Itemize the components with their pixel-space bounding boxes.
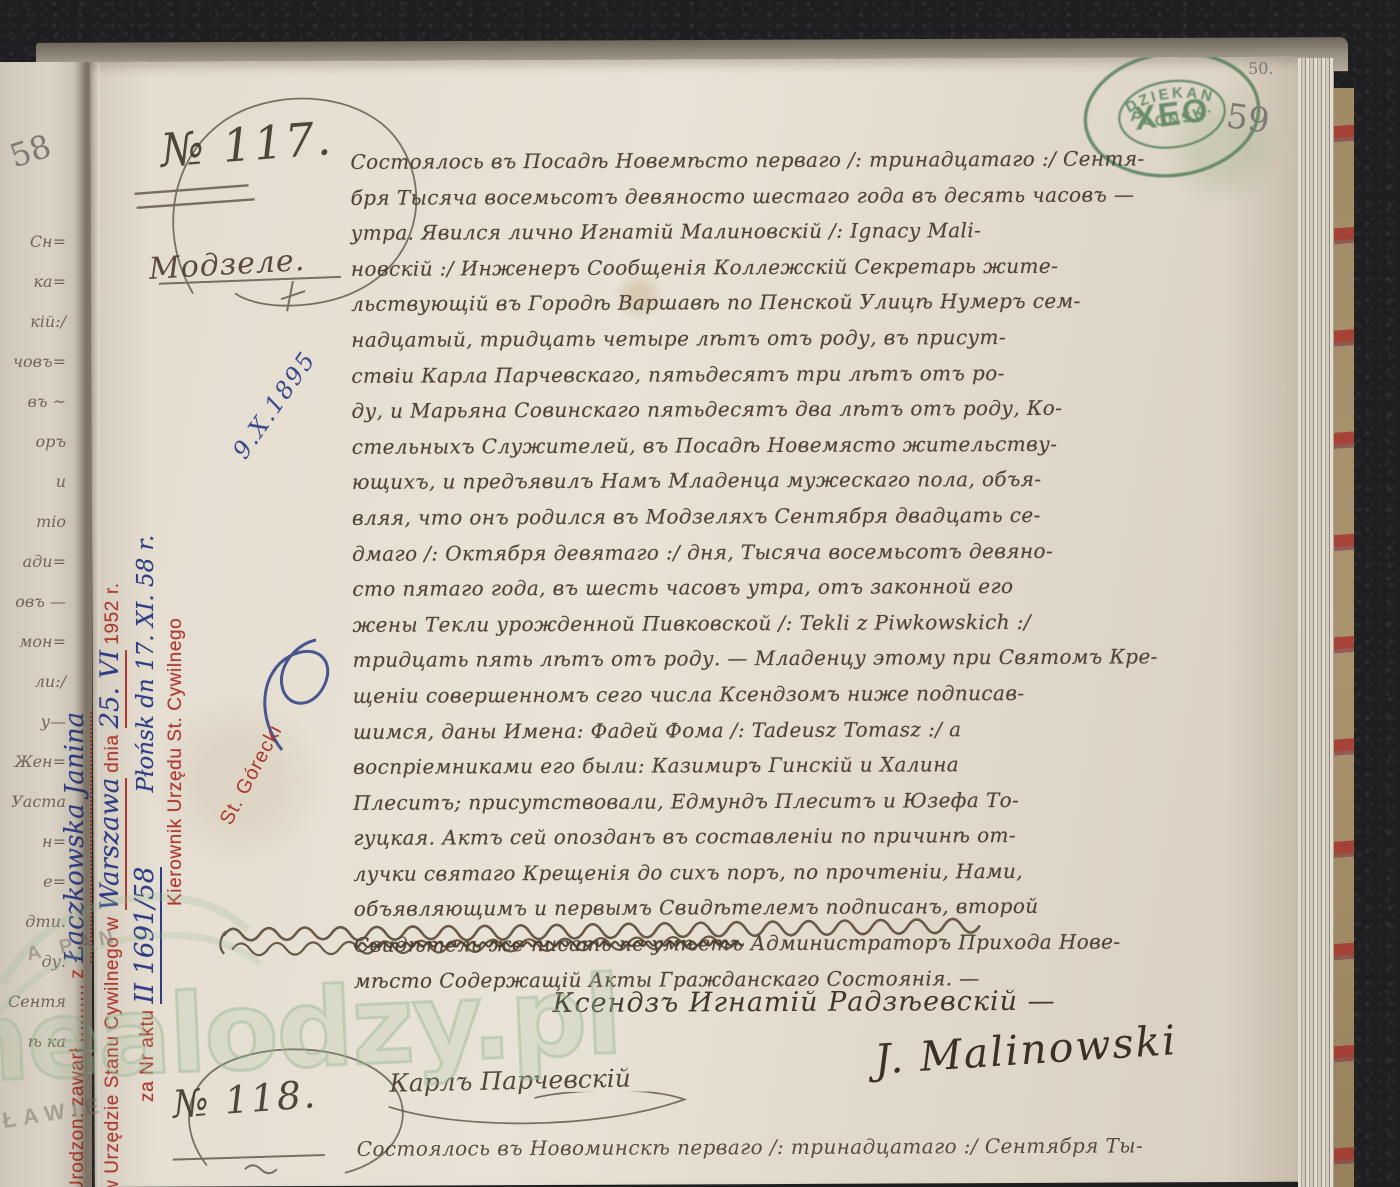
text-fragment: оръ (0, 422, 66, 462)
text-fragment: ади= (0, 542, 66, 582)
page-number: 59 (1224, 96, 1272, 141)
marbled-cover-edge (1334, 88, 1354, 1187)
text-fragment: Сн= (0, 222, 66, 262)
book-gutter-shadow (74, 62, 100, 1187)
declarant-signature: J. Malinowski (873, 1016, 1179, 1084)
act-117-text: Состоялось въ Посадѣ Новемѣсто перваго /… (350, 141, 1313, 999)
page-stack-edges (1298, 58, 1334, 1187)
act-text-line: бря Тысяча восемьсотъ девяносто шестаго … (351, 176, 1313, 216)
act-text-line: дмаго /: Октября девятаго :/ дня, Тысяча… (352, 532, 1313, 572)
act-text-line: новскій :/ Инженеръ Сообщенія Коллежскій… (351, 247, 1313, 287)
act-text-line: Плеситъ; присутствовали, Едмундъ Плеситъ… (353, 781, 1313, 821)
act-text-line: Состоялось въ Посадѣ Новемѣсто перваго /… (350, 141, 1313, 181)
strike-out-squiggle (217, 893, 1048, 965)
witness-signature-flourish (383, 1091, 713, 1134)
text-fragment: мон= (0, 622, 66, 662)
act-text-line: жены Текли урожденной Пивковской /: Tekl… (352, 603, 1313, 643)
act-text-line: ющихъ, и предъявилъ Намъ Младенца мужеск… (352, 461, 1313, 501)
act-text-line: шимся, даны Имена: Фадей Фома /: Tadeusz… (353, 710, 1313, 750)
act-text-line: ствіи Карла Парчевскаго, пятьдесятъ три … (351, 354, 1313, 394)
text-fragment: Жен= (0, 742, 66, 782)
text-fragment: тіо (0, 502, 66, 542)
text-fragment: човъ= (0, 342, 66, 382)
text-fragment: Уаста (0, 782, 66, 822)
date-label: dnia (102, 728, 123, 772)
corner-number: 50. (1248, 59, 1274, 78)
act-text-line: льствующій въ Городѣ Варшавѣ по Пенской … (351, 283, 1313, 323)
text-fragment: у— (0, 702, 66, 742)
annotation-place-date: Płońsk dn 17. XI. 58 r. (133, 535, 159, 793)
archival-photo: { "photo": { "left_page_number": "58", "… (0, 0, 1400, 1187)
text-fragment: ка= (0, 262, 66, 302)
act-text-line: гуцкая. Актъ сей опозданъ въ составленіи… (353, 817, 1313, 857)
act-text-line: стельныхъ Служителей, въ Посадѣ Новемяст… (352, 425, 1313, 465)
act-text-line: вляя, что онъ родился въ Модзеляхъ Сентя… (352, 497, 1313, 537)
text-fragment: и (0, 462, 66, 502)
stamp-center-text: XEO (1132, 91, 1212, 137)
act-text-line: ду, и Марьяна Совинскаго пятьдесятъ два … (351, 390, 1312, 430)
text-fragment: въ ~ (0, 382, 66, 422)
act-text-line: воспріемниками его были: Казимиръ Гинскі… (353, 746, 1313, 786)
marriage-year: 1952 r. (102, 582, 123, 644)
act-text-line: сто пятаго года, въ шесть часовъ утра, о… (352, 568, 1313, 608)
act-118-first-line: Состоялось въ Новоминскѣ перваго /: трин… (357, 1133, 1313, 1161)
text-fragment: ли:/ (0, 662, 66, 702)
act-text-line: лучки святаго Крещенія до сихъ поръ, по … (353, 852, 1312, 892)
text-fragment: овъ — (0, 582, 66, 622)
text-fragment: кій:/ (0, 302, 66, 342)
act-text-line: надцатый, тридцать четыре лѣтъ отъ роду,… (351, 319, 1313, 359)
act-text-line: щеніи совершенномъ сего числа Ксендзомъ … (353, 675, 1313, 715)
act-text-line: тридцать пять лѣтъ отъ роду. — Младенцу … (353, 639, 1313, 679)
act-text-line: утра. Явился лично Игнатій Малиновскій /… (351, 212, 1313, 252)
